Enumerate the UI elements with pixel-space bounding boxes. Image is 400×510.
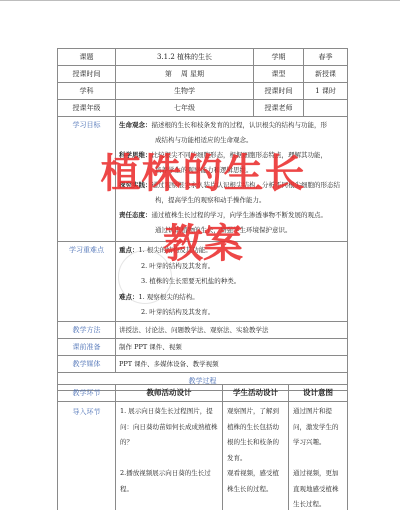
col-stage-header: 教学环节 xyxy=(58,385,116,402)
goals-content: 生命观念：描述根的生长和枝条发育的过程，认识根尖的结构与功能，形 成结构与功能相… xyxy=(116,117,348,242)
lesson-plan-header-table: 课题 3.1.2 植株的生长 学期 春季 授课时间 第 周 星期 课型 新授课 … xyxy=(57,48,348,391)
media-label: 教学媒体 xyxy=(58,355,116,372)
col-student-header: 学生活动设计 xyxy=(223,385,289,402)
topic-label: 课题 xyxy=(58,49,116,66)
subject-label: 学科 xyxy=(58,83,116,100)
media-value: PPT 课件、多媒体设备、教学视频 xyxy=(116,355,348,372)
col-intent-header: 设计意图 xyxy=(289,385,348,402)
topic-value: 3.1.2 植株的生长 xyxy=(116,49,254,66)
student-activity-cell: 观察图片，了解到植株的生长包括幼根的生长和枝条的发育。 观看视频，感受植株生长的… xyxy=(223,402,289,510)
method-value: 讲授法、讨论法、问题教学法、观察法、实验教学法 xyxy=(116,321,348,338)
goal-item: 生命观念：描述根的生长和枝条发育的过程，认识根尖的结构与功能，形 xyxy=(119,118,344,133)
grade-label: 授课年级 xyxy=(58,100,116,117)
subject-value: 生物学 xyxy=(116,83,254,100)
prep-value: 制作 PPT 课件、视频 xyxy=(116,338,348,355)
prep-label: 课前准备 xyxy=(58,338,116,355)
class-time-value: 第 周 星期 xyxy=(116,66,254,83)
teacher-value xyxy=(304,100,348,117)
top-divider xyxy=(0,0,400,1)
teacher-label: 授课老师 xyxy=(254,100,304,117)
key-points-content: 重点：1. 根尖的结构及其功能。 2. 叶芽的结构及其发育。 3. 植株的生长需… xyxy=(116,242,348,322)
teacher-activity-cell: 1. 展示向日葵生长过程图片，提问：向日葵幼苗如何长成成熟植株的？ 2.播放视频… xyxy=(116,402,223,510)
goal-item: 科学思维：比较根尖不同的细胞形态，根据细胞形态特点，理解其功能， xyxy=(119,148,344,163)
method-label: 教学方法 xyxy=(58,321,116,338)
semester-value: 春季 xyxy=(304,49,348,66)
duration-label: 授课时间 xyxy=(254,83,304,100)
teaching-process-table: 教学环节 教师活动设计 学生活动设计 设计意图 导入环节 1. 展示向日葵生长过… xyxy=(57,384,348,510)
goal-item: 探究实践：通过观察根尖永久装片认识根尖结构，分析不同根尖细胞的形态结 xyxy=(119,178,344,193)
stage-cell: 导入环节 xyxy=(58,402,116,510)
grade-value: 七年级 xyxy=(116,100,254,117)
goal-item: 责任态度：通过植株生长过程的学习，向学生渗透事物不断发展的观点。 xyxy=(119,208,344,223)
design-intent-cell: 通过图片和提问，激发学生的学习兴趣。 通过视频，更加直观地感受植株生长过程。 xyxy=(289,402,348,510)
class-time-label: 授课时间 xyxy=(58,66,116,83)
col-teacher-header: 教师活动设计 xyxy=(116,385,223,402)
table-row: 导入环节 1. 展示向日葵生长过程图片，提问：向日葵幼苗如何长成成熟植株的？ 2… xyxy=(58,402,348,510)
key-points-label: 学习重难点 xyxy=(58,242,116,322)
lesson-type-label: 课型 xyxy=(254,66,304,83)
semester-label: 学期 xyxy=(254,49,304,66)
goals-label: 学习目标 xyxy=(58,117,116,242)
lesson-type-value: 新授课 xyxy=(304,66,348,83)
duration-value: 1 课时 xyxy=(304,83,348,100)
